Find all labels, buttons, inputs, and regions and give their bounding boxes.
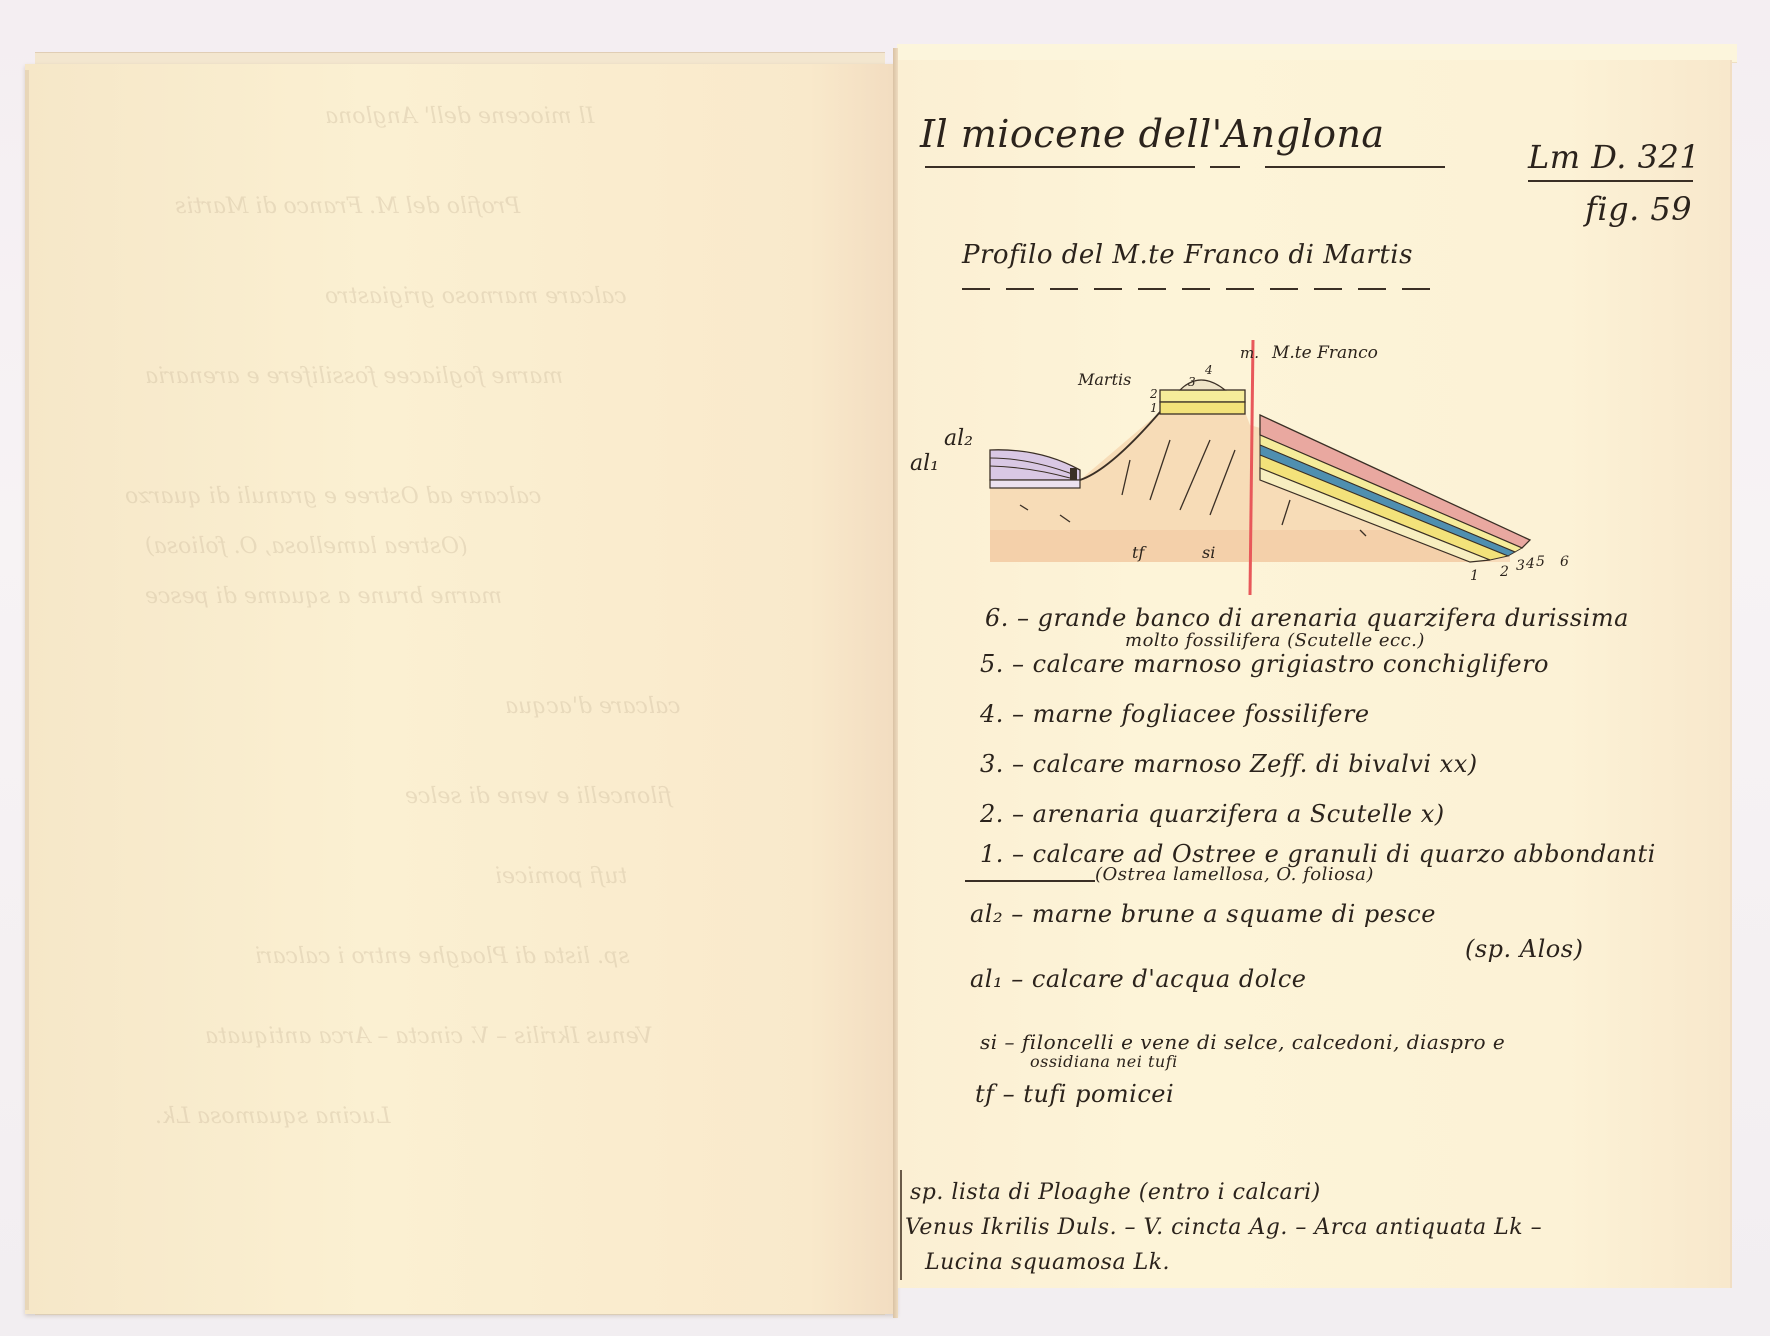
bleed-through-text: calcare ad Ostree e granuli di quarzo [125,484,541,509]
legend-key: si – [980,1030,1015,1054]
svg-text:6: 6 [1560,554,1569,570]
svg-text:1: 1 [1470,568,1479,584]
svg-text:Martis: Martis [1077,370,1131,389]
bleed-through-text: sp. lista di Ploaghe entro i calcari [255,944,630,969]
legend-sub-si: ossidiana nei tufi [1030,1052,1178,1071]
legend-text: calcare d'acqua dolce [1032,965,1307,993]
svg-text:3: 3 [1516,558,1525,574]
svg-text:4: 4 [1525,556,1535,572]
bleed-through-text: Venus Ikrilis – V. cincta – Arca antiqua… [205,1024,653,1049]
page-title: Il miocene dell'Anglona [920,112,1385,156]
legend-1-underline [965,880,1095,882]
fossil-note-line2: Venus Ikrilis Duls. – V. cincta Ag. – Ar… [905,1215,1542,1240]
legend-item-al1: al₁ – calcare d'acqua dolce [970,965,1306,993]
svg-text:4: 4 [1204,363,1213,377]
legend-item-tf: tf – tufi pomicei [975,1080,1174,1108]
bleed-through-text: Profilo del M. Franco di Martis [175,194,520,219]
bleed-through-text: (Ostrea lamellosa, O. foliosa) [145,534,468,559]
notes-margin-bar [900,1170,902,1280]
legend-item-al2: al₂ – marne brune a squame di pesce [970,900,1436,928]
legend-sub-al2: (sp. Alos) [1465,935,1583,963]
legend-item-6: 6. – grande banco di arenaria quarzifera… [985,604,1629,632]
legend-item-4: 4. – marne fogliacee fossilifere [980,700,1370,728]
legend-text: calcare marnoso Zeff. di bivalvi xx) [1033,750,1478,778]
legend-sub-6: molto fossilifera (Scutelle ecc.) [1125,630,1425,651]
svg-text:al₂: al₂ [944,426,973,451]
legend-key: 3. – [980,750,1025,778]
legend-key: 4. – [980,700,1025,728]
bleed-through-text: Il miocene dell' Anglona [325,104,594,129]
fossil-note-line3: Lucina squamosa Lk. [925,1250,1170,1275]
legend-key: al₂ – [970,900,1024,928]
svg-text:2: 2 [1499,564,1509,580]
bleed-through-text: calcare d'acqua [505,694,680,719]
svg-text:si: si [1202,543,1215,562]
reference-line1: Lm D. 321 [1528,138,1700,176]
legend-text: marne fogliacee fossilifere [1033,700,1370,728]
svg-text:m.: m. [1240,344,1259,362]
subtitle-dashed-underline [962,288,1442,290]
legend-text: arenaria quarzifera a Scutelle x) [1033,800,1445,828]
svg-text:M.te Franco: M.te Franco [1271,343,1378,363]
svg-text:1: 1 [1150,401,1158,415]
legend-key: al₁ – [970,965,1024,993]
fossil-note-line1: sp. lista di Ploaghe (entro i calcari) [910,1180,1321,1205]
legend-item-5: 5. – calcare marnoso grigiastro conchigl… [980,650,1549,678]
bleed-through-text: Lucina squamosa Lk. [155,1104,391,1129]
bleed-through-text: calcare marnoso grigiastro [325,284,627,309]
svg-text:2: 2 [1149,387,1158,401]
legend-text: grande banco di arenaria quarzifera duri… [1038,604,1629,632]
legend-key: 1. – [980,840,1025,868]
bleed-through-text: marne fogliacee fossilifere e arenaria [145,364,563,389]
legend-key: tf – [975,1080,1015,1108]
bleed-through-text: tufi pomicei [495,864,627,889]
bleed-through-text: marne brune a squame di pesce [145,584,502,609]
reference-divider [1528,180,1693,182]
left-page: Il miocene dell' Anglona Profilo del M. … [25,64,897,1314]
legend-key: 5. – [980,650,1025,678]
reference-line2: fig. 59 [1585,190,1692,228]
legend-item-si: si – filoncelli e vene di selce, calcedo… [980,1030,1505,1054]
legend-item-3: 3. – calcare marnoso Zeff. di bivalvi xx… [980,750,1478,778]
legend-text: calcare marnoso grigiastro conchiglifero [1033,650,1549,678]
diagram-subtitle: Profilo del M.te Franco di Martis [962,240,1413,270]
legend-text: tufi pomicei [1023,1080,1174,1108]
svg-text:5: 5 [1536,554,1545,570]
left-page-edge [25,70,29,1310]
title-underline [1265,166,1445,168]
legend-sub-1: (Ostrea lamellosa, O. foliosa) [1095,864,1374,885]
legend-text: marne brune a squame di pesce [1032,900,1436,928]
svg-text:3: 3 [1188,375,1196,389]
legend-item-2: 2. – arenaria quarzifera a Scutelle x) [980,800,1445,828]
bleed-through-text: filoncelli e vene di selce [405,784,672,809]
svg-text:al₁: al₁ [910,451,939,476]
legend-key: 2. – [980,800,1025,828]
title-underline [1210,166,1240,168]
legend-key: 6. – [985,604,1030,632]
geological-cross-section: m. M.te Franco Martis al₂ al₁ tf si 1 2 … [910,330,1630,600]
legend-text: filoncelli e vene di selce, calcedoni, d… [1022,1030,1505,1054]
title-underline [925,166,1195,168]
